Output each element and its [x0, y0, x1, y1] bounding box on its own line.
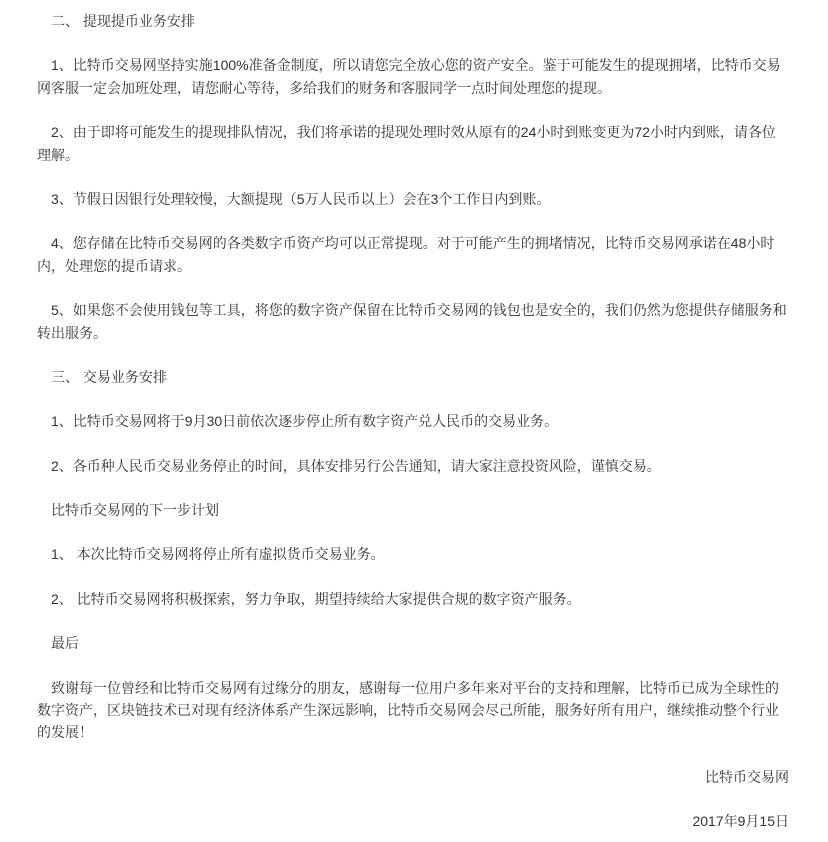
section-heading-withdrawal: 二、 提现提币业务安排	[37, 10, 789, 32]
paragraph-plan-1: 1、 本次比特币交易网将停止所有虚拟货币交易业务。	[37, 543, 789, 565]
section-heading-trading: 三、 交易业务安排	[37, 366, 789, 388]
sub-heading-final: 最后	[37, 632, 789, 654]
signature: 比特币交易网	[37, 766, 789, 788]
paragraph-withdrawal-4: 4、您存储在比特币交易网的各类数字币资产均可以正常提现。对于可能产生的拥堵情况，…	[37, 232, 789, 277]
paragraph-thanks: 致谢每一位曾经和比特币交易网有过缘分的朋友，感谢每一位用户多年来对平台的支持和理…	[37, 677, 789, 744]
paragraph-trading-2: 2、各币种人民币交易业务停止的时间，具体安排另行公告通知，请大家注意投资风险，谨…	[37, 455, 789, 477]
paragraph-withdrawal-3: 3、节假日因银行处理较慢，大额提现（5万人民币以上）会在3个工作日内到账。	[37, 188, 789, 210]
paragraph-plan-2: 2、 比特币交易网将积极探索，努力争取，期望持续给大家提供合规的数字资产服务。	[37, 588, 789, 610]
paragraph-withdrawal-2: 2、由于即将可能发生的提现排队情况，我们将承诺的提现处理时效从原有的24小时到账…	[37, 121, 789, 166]
sub-heading-next-plan: 比特币交易网的下一步计划	[37, 499, 789, 521]
date-line: 2017年9月15日	[37, 810, 789, 832]
paragraph-trading-1: 1、比特币交易网将于9月30日前依次逐步停止所有数字资产兑人民币的交易业务。	[37, 410, 789, 432]
paragraph-withdrawal-5: 5、如果您不会使用钱包等工具，将您的数字资产保留在比特币交易网的钱包也是安全的，…	[37, 299, 789, 344]
announcement-document: 二、 提现提币业务安排 1、比特币交易网坚持实施100%准备金制度，所以请您完全…	[0, 0, 828, 833]
paragraph-withdrawal-1: 1、比特币交易网坚持实施100%准备金制度，所以请您完全放心您的资产安全。鉴于可…	[37, 54, 789, 99]
